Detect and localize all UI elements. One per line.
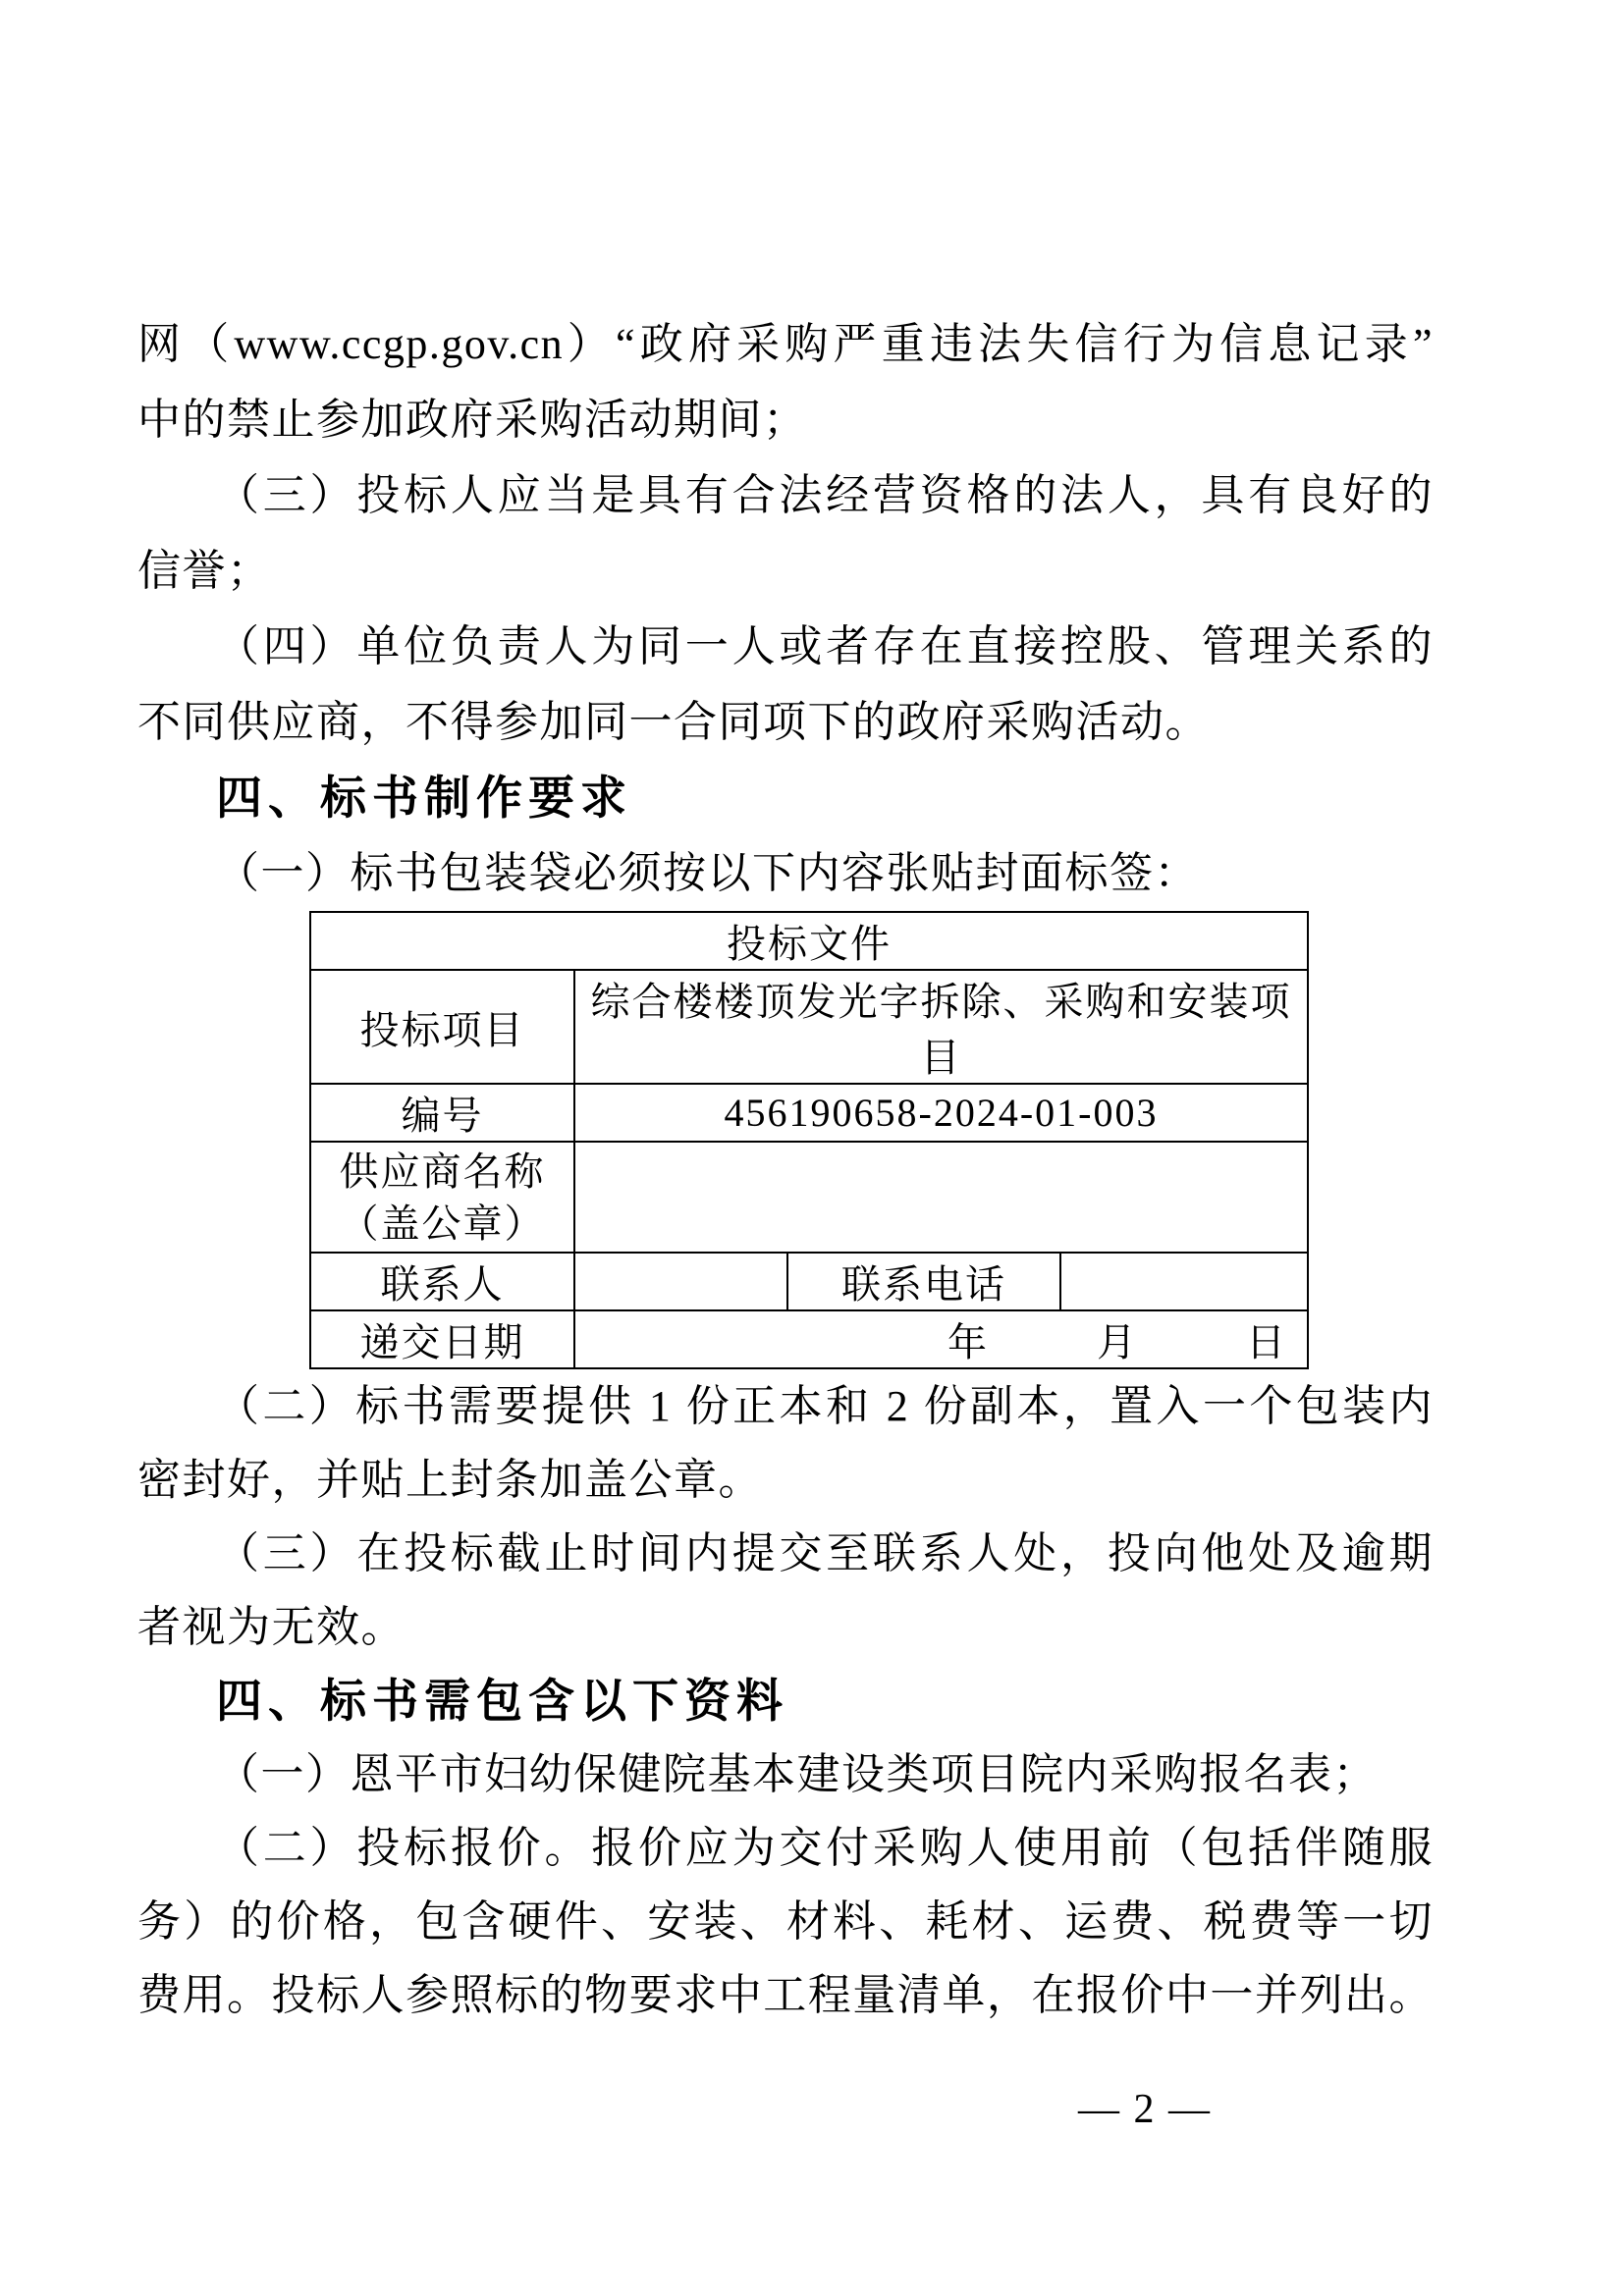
bid-cover-label-table: 投标文件 投标项目 综合楼楼顶发光字拆除、采购和安装项目 编号 45619065… [309, 911, 1309, 1369]
year-label: 年 [947, 1311, 989, 1367]
supplier-name-label-cell: 供应商名称 （盖公章） [310, 1142, 574, 1253]
date-fill-cell: 年 月 日 [574, 1310, 1308, 1368]
paragraph-line: 务）的价格，包含硬件、安装、材料、耗材、运费、税费等一切 [137, 1885, 1434, 1958]
paragraph-line: （二）标书需要提供 1 份正本和 2 份副本，置入一个包装内 [137, 1369, 1434, 1443]
supplier-name-fill-cell [574, 1142, 1308, 1253]
day-label: 日 [1246, 1311, 1287, 1367]
paragraph-line: （四）单位负责人为同一人或者存在直接控股、管理关系的 [137, 609, 1434, 684]
supplier-name-label-line1: 供应商名称 [311, 1146, 573, 1198]
paragraph-line: （三）投标人应当是具有合法经营资格的法人，具有良好的 [137, 457, 1434, 533]
paragraph-line: 费用。投标人参照标的物要求中工程量清单，在报价中一并列出。 [137, 1958, 1434, 2032]
paragraph-line: 者视为无效。 [137, 1590, 1434, 1664]
project-value-cell: 综合楼楼顶发光字拆除、采购和安装项目 [574, 970, 1308, 1084]
section-heading-bid-contents: 四、标书需包含以下资料 [137, 1664, 1434, 1737]
contact-fill-cell [574, 1253, 787, 1310]
date-label-cell: 递交日期 [310, 1310, 574, 1368]
section-heading-bid-preparation: 四、标书制作要求 [137, 760, 1434, 835]
project-label-cell: 投标项目 [310, 970, 574, 1084]
phone-label-cell: 联系电话 [787, 1253, 1060, 1310]
page-number: — 2 — [137, 2071, 1434, 2148]
month-label: 月 [1097, 1311, 1138, 1367]
paragraph-line: （一）标书包装袋必须按以下内容张贴封面标签： [137, 835, 1434, 911]
contact-label-cell: 联系人 [310, 1253, 574, 1310]
paragraph-line: 信誉； [137, 533, 1434, 609]
paragraph-line: 中的禁止参加政府采购活动期间； [137, 382, 1434, 457]
table-title-cell: 投标文件 [310, 912, 1308, 970]
phone-fill-cell [1060, 1253, 1308, 1310]
paragraph-line: （一）恩平市妇幼保健院基本建设类项目院内采购报名表； [137, 1737, 1434, 1811]
number-value-cell: 456190658-2024-01-003 [574, 1084, 1308, 1142]
date-fill-fields: 年 月 日 [575, 1311, 1307, 1367]
paragraph-line: 不同供应商，不得参加同一合同项下的政府采购活动。 [137, 684, 1434, 760]
paragraph-line: （三）在投标截止时间内提交至联系人处，投向他处及逾期 [137, 1517, 1434, 1590]
paragraph-line: 密封好，并贴上封条加盖公章。 [137, 1443, 1434, 1517]
paragraph-line: （二）投标报价。报价应为交付采购人使用前（包括伴随服 [137, 1811, 1434, 1885]
paragraph-line: 网（www.ccgp.gov.cn）“政府采购严重违法失信行为信息记录” [137, 306, 1434, 382]
document-page: 网（www.ccgp.gov.cn）“政府采购严重违法失信行为信息记录” 中的禁… [0, 0, 1624, 2296]
number-label-cell: 编号 [310, 1084, 574, 1142]
supplier-name-label-line2: （盖公章） [311, 1198, 573, 1250]
